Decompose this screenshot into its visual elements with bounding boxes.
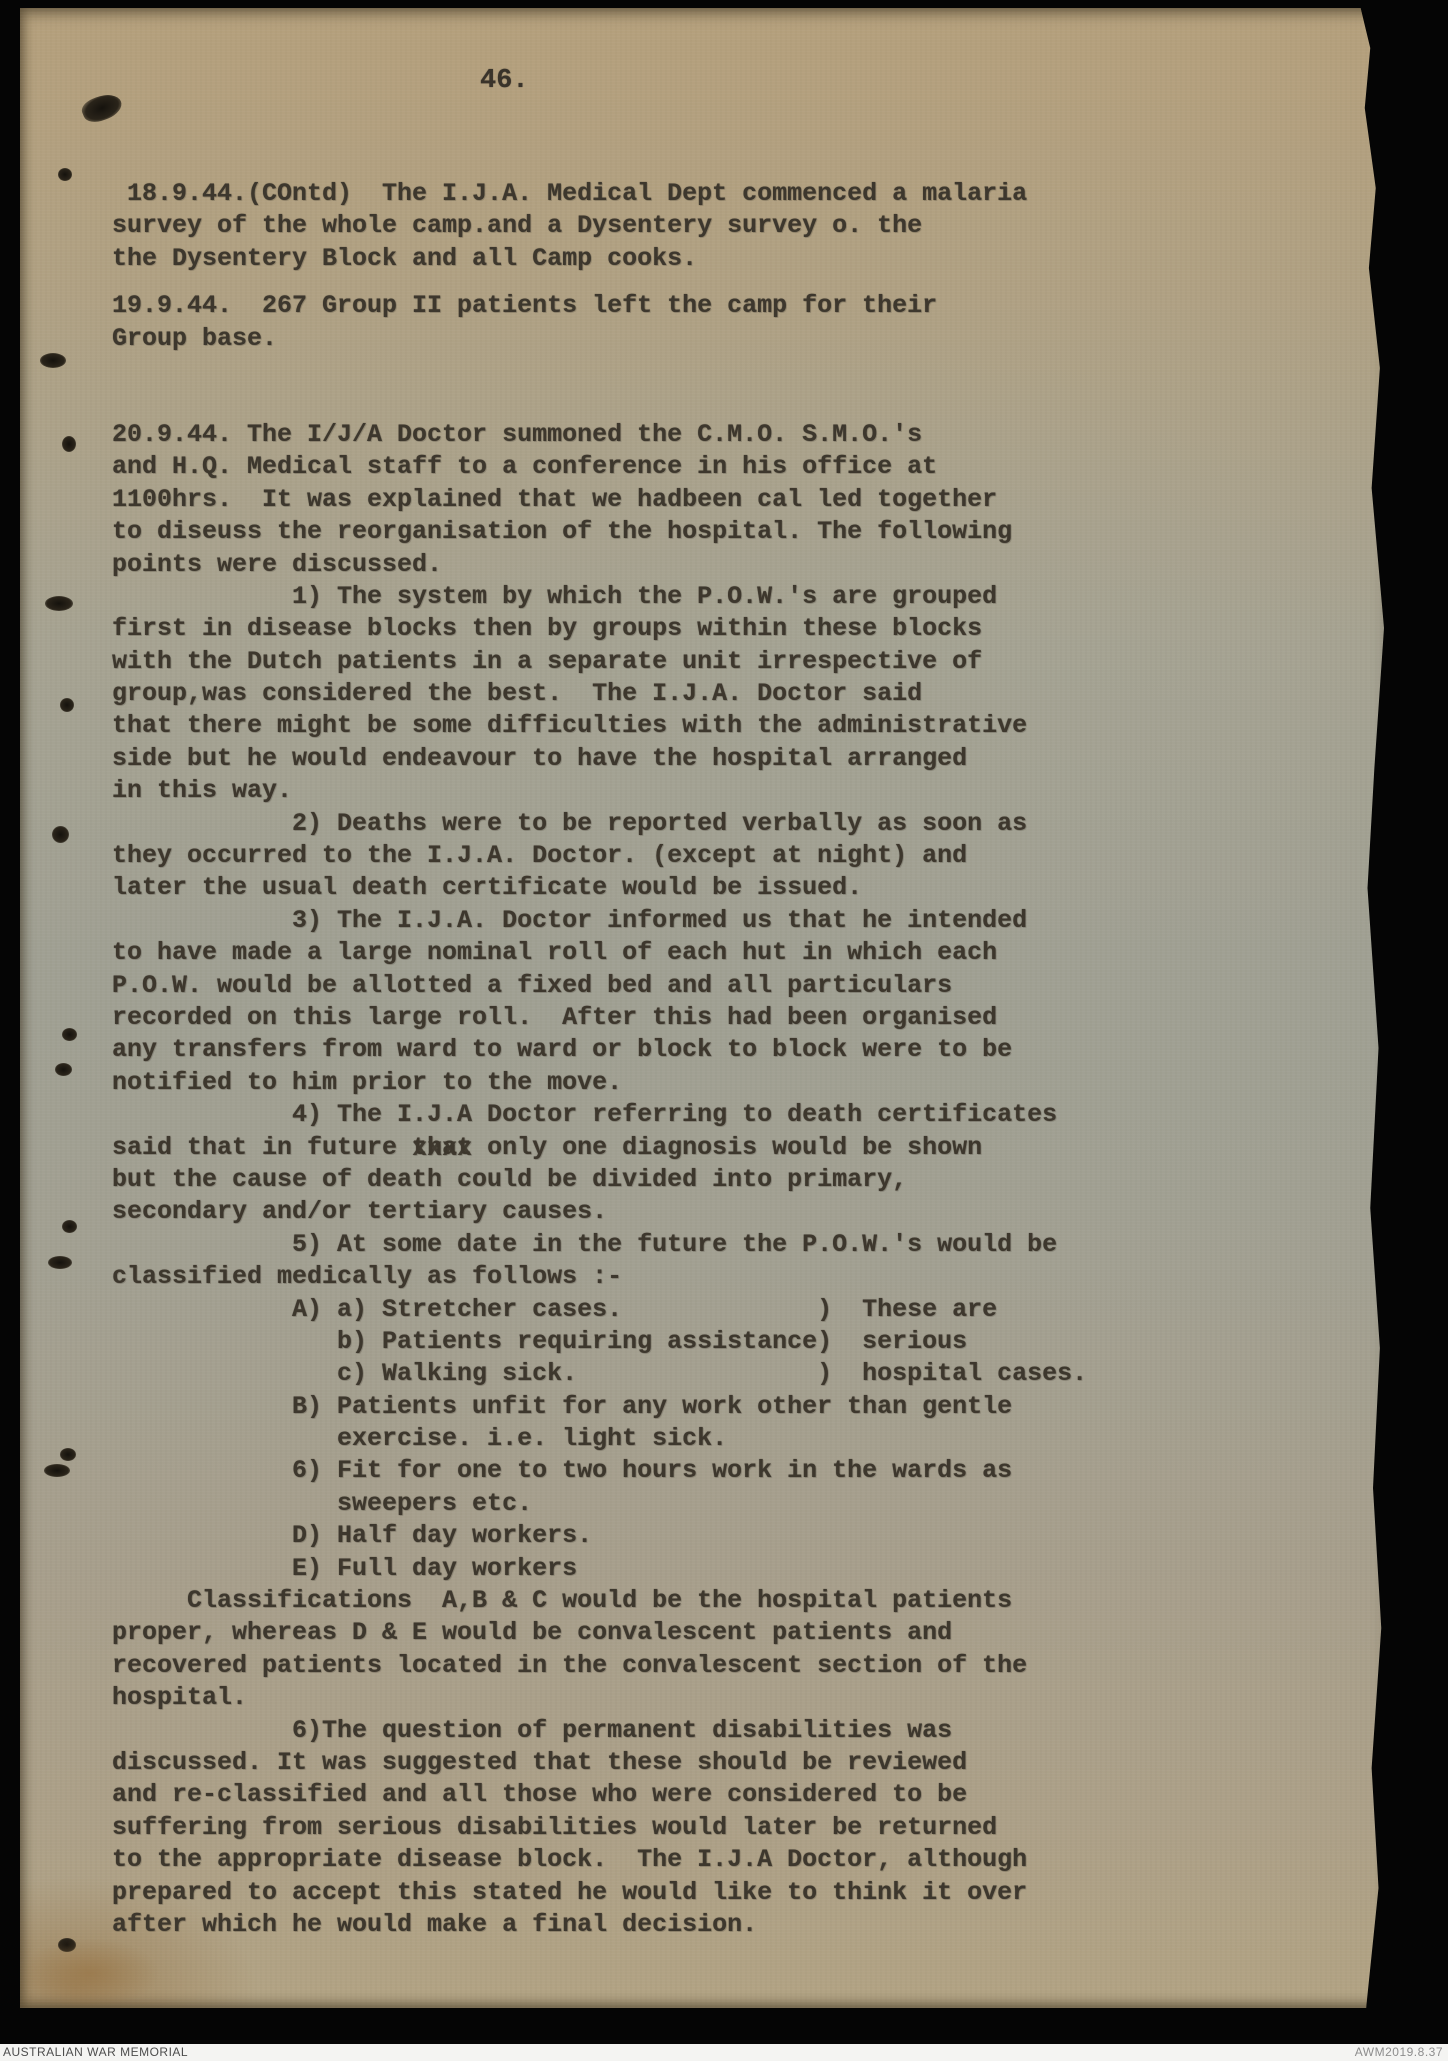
footer-left-label: AUSTRALIAN WAR MEMORIAL [3,2045,188,2059]
paper-blemish [1408,638,1419,653]
text-line: the Dysentery Block and all Camp cooks. [112,243,1087,275]
paragraph-point-3: 3) The I.J.A. Doctor informed us that he… [112,905,1087,1099]
paragraph-entry-18-9-44: 18.9.44.(COntd) The I.J.A. Medical Dept … [112,178,1087,275]
text-line: 18.9.44.(COntd) The I.J.A. Medical Dept … [112,178,1087,210]
text-line: that there might be some difficulties wi… [112,710,1087,742]
text-line: proper, whereas D & E would be convalesc… [112,1617,1087,1649]
paragraph-point-2: 2) Deaths were to be reported verbally a… [112,808,1087,905]
text-line: prepared to accept this stated he would … [112,1877,1087,1909]
paper-blemish [60,698,74,712]
text-line: recovered patients located in the conval… [112,1650,1087,1682]
text-line: B) Patients unfit for any work other tha… [112,1391,1087,1423]
text-line: later the usual death certificate would … [112,872,1087,904]
text-line: sweepers etc. [112,1488,1087,1520]
text-line: and re-classified and all those who were… [112,1779,1087,1811]
text-line: after which he would make a final decisi… [112,1909,1087,1941]
text-line: P.O.W. would be allotted a fixed bed and… [112,970,1087,1002]
text-line: to have made a large nominal roll of eac… [112,937,1087,969]
text-line: recorded on this large roll. After this … [112,1002,1087,1034]
text-line: first in disease blocks then by groups w… [112,613,1087,645]
text-line: 6)The question of permanent disabilities… [112,1715,1087,1747]
text-line: points were discussed. [112,549,1087,581]
text-line: said that in future thatxxxx only one di… [112,1132,1087,1164]
paper-blemish [48,1256,72,1269]
paper-blemish [52,826,69,843]
text-line: but the cause of death could be divided … [112,1164,1087,1196]
page-number: 46. [480,66,529,96]
paper-blemish [44,1464,70,1477]
paper-tear-mark [79,89,125,126]
text-line: 19.9.44. 267 Group II patients left the … [112,290,1087,322]
document-page: 46. 18.9.44.(COntd) The I.J.A. Medical D… [20,8,1395,2008]
text-line: notified to him prior to the move. [112,1067,1087,1099]
paper-blemish [62,1028,77,1041]
text-line: 1) The system by which the P.O.W.'s are … [112,581,1087,613]
text-line: and H.Q. Medical staff to a conference i… [112,451,1087,483]
paragraph-entry-19-9-44: 19.9.44. 267 Group II patients left the … [112,290,1087,355]
paper-blemish [45,596,73,611]
text-line: c) Walking sick. ) hospital cases. [112,1358,1087,1390]
text-line: 20.9.44. The I/J/A Doctor summoned the C… [112,419,1087,451]
text-line: in this way. [112,775,1087,807]
text-line: hospital. [112,1682,1087,1714]
text-line: they occurred to the I.J.A. Doctor. (exc… [112,840,1087,872]
paper-blemish [55,1063,72,1076]
footer-bar: AUSTRALIAN WAR MEMORIAL AWM2019.8.37 [0,2044,1448,2061]
text-line: A) a) Stretcher cases. ) These are [112,1294,1087,1326]
text-line: 3) The I.J.A. Doctor informed us that he… [112,905,1087,937]
paragraph-point-1: 1) The system by which the P.O.W.'s are … [112,581,1087,808]
text-line: 5) At some date in the future the P.O.W.… [112,1229,1087,1261]
paper-blemish [58,168,72,181]
text-line: b) Patients requiring assistance) seriou… [112,1326,1087,1358]
text-line: any transfers from ward to ward or block… [112,1034,1087,1066]
footer-right-label: AWM2019.8.37 [1355,2045,1443,2059]
text-line: discussed. It was suggested that these s… [112,1747,1087,1779]
paragraph-point-6: 6)The question of permanent disabilities… [112,1715,1087,1942]
text-line: D) Half day workers. [112,1520,1087,1552]
text-line: 1100hrs. It was explained that we hadbee… [112,484,1087,516]
paragraph-classification-list: A) a) Stretcher cases. ) These are b) Pa… [112,1294,1087,1586]
text-line: E) Full day workers [112,1553,1087,1585]
overstruck-word: thatxxxx [412,1132,472,1164]
text-line: 2) Deaths were to be reported verbally a… [112,808,1087,840]
paragraph-entry-20-9-44: 20.9.44. The I/J/A Doctor summoned the C… [112,419,1087,581]
paper-blemish [60,1448,76,1461]
text-line: with the Dutch patients in a separate un… [112,646,1087,678]
scanned-page-canvas: 46. 18.9.44.(COntd) The I.J.A. Medical D… [0,0,1448,2061]
text-line: suffering from serious disabilities woul… [112,1812,1087,1844]
text-line: 6) Fit for one to two hours work in the … [112,1455,1087,1487]
typed-text-body: 18.9.44.(COntd) The I.J.A. Medical Dept … [112,178,1087,1941]
paper-blemish [62,1220,77,1233]
text-line: to diseuss the reorganisation of the hos… [112,516,1087,548]
paper-blemish [62,436,76,452]
paragraph-point-5: 5) At some date in the future the P.O.W.… [112,1229,1087,1294]
text-line: exercise. i.e. light sick. [112,1423,1087,1455]
text-line: group,was considered the best. The I.J.A… [112,678,1087,710]
text-line: classified medically as follows :- [112,1261,1087,1293]
text-line: secondary and/or tertiary causes. [112,1196,1087,1228]
paragraph-classifications-note: Classifications A,B & C would be the hos… [112,1585,1087,1715]
paper-stain [20,1938,160,2008]
text-line: to the appropriate disease block. The I.… [112,1844,1087,1876]
text-line: Classifications A,B & C would be the hos… [112,1585,1087,1617]
text-line: Group base. [112,323,1087,355]
paragraph-point-4: 4) The I.J.A Doctor referring to death c… [112,1099,1087,1229]
text-line: 4) The I.J.A Doctor referring to death c… [112,1099,1087,1131]
text-line: side but he would endeavour to have the … [112,743,1087,775]
paper-blemish [40,353,66,368]
text-line: survey of the whole camp.and a Dysentery… [112,210,1087,242]
